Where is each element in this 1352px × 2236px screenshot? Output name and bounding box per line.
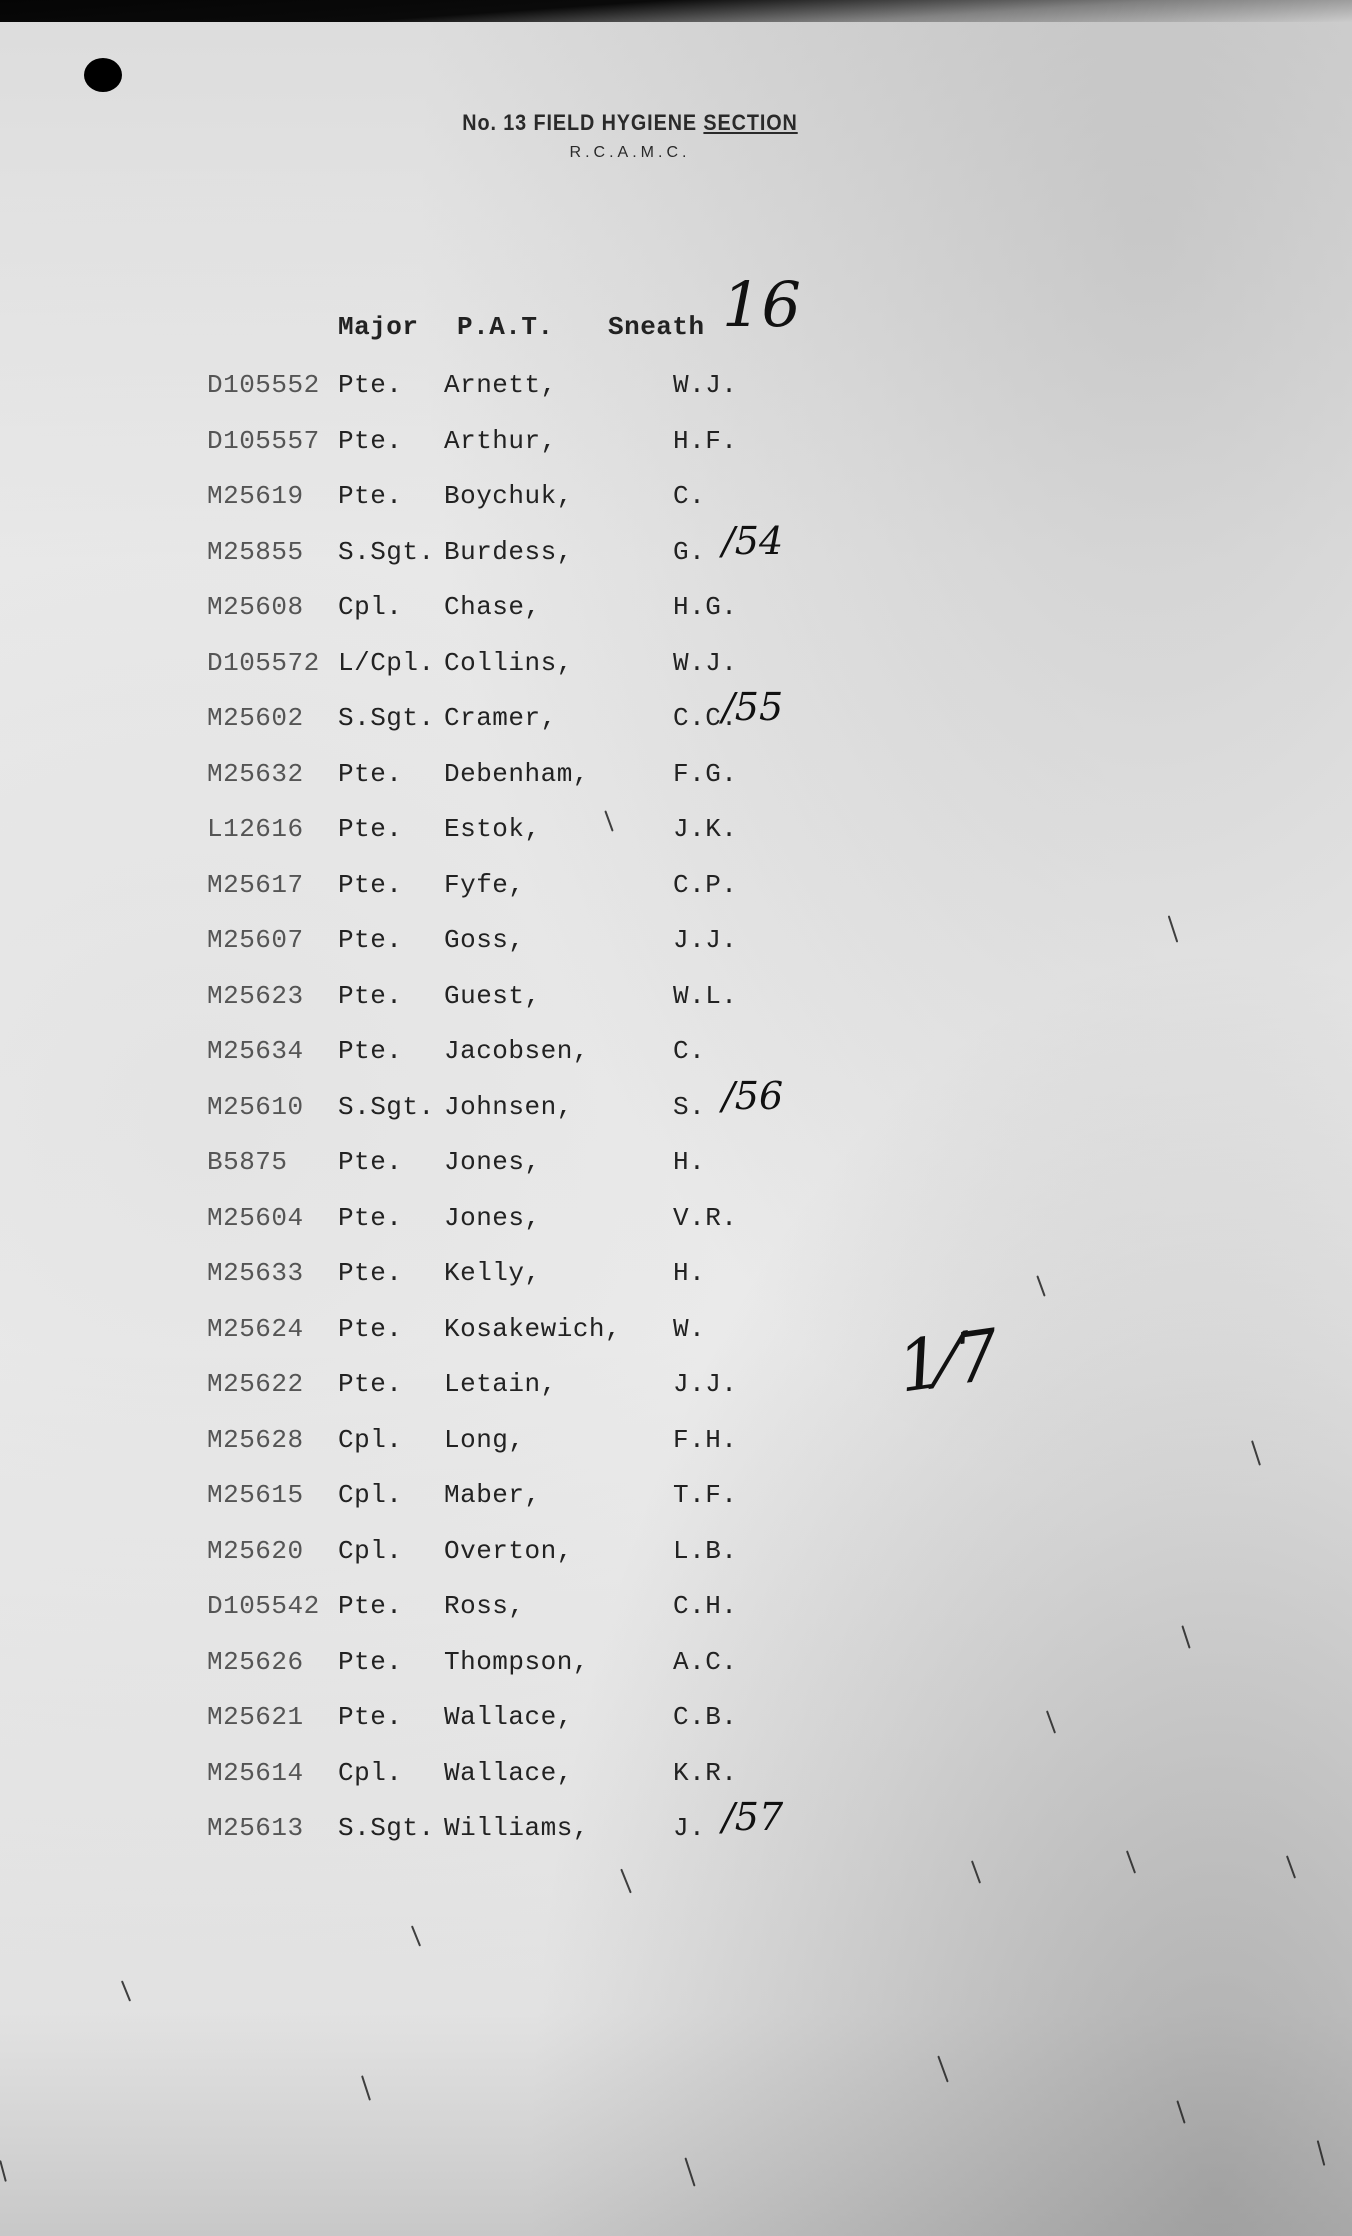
- roster-row: D105552Pte.Arnett,W.J.: [0, 370, 1352, 410]
- scratch-mark: [1317, 2140, 1326, 2166]
- initials: H.: [673, 1258, 705, 1288]
- rank: Pte.: [338, 1314, 402, 1344]
- surname: Letain,: [444, 1369, 557, 1399]
- rank: Pte.: [338, 1702, 402, 1732]
- roster-row: M25626Pte.Thompson,A.C.: [0, 1647, 1352, 1687]
- roster-row: L12616Pte.Estok,J.K.: [0, 814, 1352, 854]
- surname: Chase,: [444, 592, 541, 622]
- surname: Williams,: [444, 1813, 589, 1843]
- roster-row: M25622Pte.Letain,J.J.: [0, 1369, 1352, 1409]
- scratch-mark: [1286, 1855, 1296, 1878]
- surname: Kelly,: [444, 1258, 541, 1288]
- scratch-mark: [620, 1869, 632, 1894]
- rank: Pte.: [338, 1147, 402, 1177]
- handwritten-note: /55: [722, 685, 783, 729]
- service-number: D105552: [207, 370, 320, 400]
- surname: Collins,: [444, 648, 573, 678]
- service-number: M25613: [207, 1813, 304, 1843]
- surname: Johnsen,: [444, 1092, 573, 1122]
- rank: Pte.: [338, 814, 402, 844]
- scratch-mark: [971, 1860, 981, 1883]
- initials: J.: [673, 1813, 705, 1843]
- rank: S.Sgt.: [338, 703, 435, 733]
- service-number: D105572: [207, 648, 320, 678]
- scratch-mark: [411, 1925, 421, 1946]
- service-number: M25619: [207, 481, 304, 511]
- roster-row: M25615Cpl.Maber,T.F.: [0, 1480, 1352, 1520]
- surname: Guest,: [444, 981, 541, 1011]
- initials: V.R.: [673, 1203, 737, 1233]
- initials: W.L.: [673, 981, 737, 1011]
- roster-row: M25623Pte.Guest,W.L.: [0, 981, 1352, 1021]
- surname: Cramer,: [444, 703, 557, 733]
- unit-stamp-title: No. 13 FIELD HYGIENE SECTION: [180, 110, 1080, 136]
- surname: Arnett,: [444, 370, 557, 400]
- roster-row: M25617Pte.Fyfe,C.P.: [0, 870, 1352, 910]
- surname: Burdess,: [444, 537, 573, 567]
- rank: Cpl.: [338, 1425, 402, 1455]
- rank: Pte.: [338, 1036, 402, 1066]
- service-number: M25608: [207, 592, 304, 622]
- service-number: M25610: [207, 1092, 304, 1122]
- rank: Pte.: [338, 1369, 402, 1399]
- handwritten-note: /56: [722, 1074, 783, 1118]
- initials: J.J.: [673, 925, 737, 955]
- rank: S.Sgt.: [338, 1813, 435, 1843]
- roster-row: M25604Pte.Jones,V.R.: [0, 1203, 1352, 1243]
- initials: H.: [673, 1147, 705, 1177]
- scratch-mark: [0, 2160, 7, 2182]
- initials: H.F.: [673, 426, 737, 456]
- service-number: M25626: [207, 1647, 304, 1677]
- punch-hole-icon: [84, 58, 122, 92]
- rank: Pte.: [338, 1258, 402, 1288]
- service-number: M25623: [207, 981, 304, 1011]
- surname: Arthur,: [444, 426, 557, 456]
- surname: Wallace,: [444, 1702, 573, 1732]
- surname: Jones,: [444, 1203, 541, 1233]
- rank: L/Cpl.: [338, 648, 435, 678]
- initials: A.C.: [673, 1647, 737, 1677]
- surname: Long,: [444, 1425, 525, 1455]
- roster-row: M25619Pte.Boychuk,C.: [0, 481, 1352, 521]
- service-number: M25622: [207, 1369, 304, 1399]
- document-page: No. 13 FIELD HYGIENE SECTION R.C.A.M.C. …: [0, 0, 1352, 2236]
- surname: Thompson,: [444, 1647, 589, 1677]
- service-number: L12616: [207, 814, 304, 844]
- roster-row: M25620Cpl.Overton,L.B.: [0, 1536, 1352, 1576]
- roster-row: D105572L/Cpl.Collins,W.J.: [0, 648, 1352, 688]
- initials: C.P.: [673, 870, 737, 900]
- initials: C.: [673, 1036, 705, 1066]
- rank: Pte.: [338, 370, 402, 400]
- margin-annotation: 1⁄7: [893, 1313, 1004, 1408]
- surname: Goss,: [444, 925, 525, 955]
- initials: S.: [673, 1092, 705, 1122]
- initials: W.J.: [673, 370, 737, 400]
- officer-initials: P.A.T.: [457, 312, 554, 342]
- surname: Wallace,: [444, 1758, 573, 1788]
- roster-row: M25624Pte.Kosakewich,W.: [0, 1314, 1352, 1354]
- scratch-mark: [937, 2056, 948, 2083]
- service-number: M25614: [207, 1758, 304, 1788]
- initials: C.B.: [673, 1702, 737, 1732]
- rank: Pte.: [338, 1203, 402, 1233]
- service-number: M25628: [207, 1425, 304, 1455]
- roster-row: M25610S.Sgt.Johnsen,S./56: [0, 1092, 1352, 1132]
- surname: Overton,: [444, 1536, 573, 1566]
- initials: J.J.: [673, 1369, 737, 1399]
- initials: W.J.: [673, 648, 737, 678]
- rank: Cpl.: [338, 1758, 402, 1788]
- scratch-mark: [684, 2157, 695, 2186]
- scratch-mark: [1126, 1850, 1136, 1873]
- service-number: M25855: [207, 537, 304, 567]
- surname: Maber,: [444, 1480, 541, 1510]
- initials: L.B.: [673, 1536, 737, 1566]
- initials: F.G.: [673, 759, 737, 789]
- initials: H.G.: [673, 592, 737, 622]
- scan-edge-shadow: [0, 0, 1352, 22]
- service-number: D105557: [207, 426, 320, 456]
- service-number: M25621: [207, 1702, 304, 1732]
- rank: Pte.: [338, 870, 402, 900]
- roster-row: D105542Pte.Ross,C.H.: [0, 1591, 1352, 1631]
- roster-row: M25608Cpl.Chase,H.G.: [0, 592, 1352, 632]
- service-number: M25607: [207, 925, 304, 955]
- rank: S.Sgt.: [338, 1092, 435, 1122]
- surname: Kosakewich,: [444, 1314, 621, 1344]
- service-number: B5875: [207, 1147, 288, 1177]
- handwritten-note: /54: [722, 519, 783, 563]
- initials: F.H.: [673, 1425, 737, 1455]
- roster-row: M25633Pte.Kelly,H.: [0, 1258, 1352, 1298]
- roster-row: M25621Pte.Wallace,C.B.: [0, 1702, 1352, 1742]
- unit-stamp-section: SECTION: [703, 110, 797, 135]
- rank: Cpl.: [338, 1480, 402, 1510]
- service-number: M25615: [207, 1480, 304, 1510]
- surname: Debenham,: [444, 759, 589, 789]
- handwritten-note: /57: [722, 1795, 783, 1839]
- service-number: M25620: [207, 1536, 304, 1566]
- scratch-mark: [121, 1980, 131, 2001]
- roster-row: M25613S.Sgt.Williams,J./57: [0, 1813, 1352, 1853]
- scratch-mark: [361, 2075, 371, 2100]
- roster-row: M25632Pte.Debenham,F.G.: [0, 759, 1352, 799]
- initials: C.H.: [673, 1591, 737, 1621]
- rank: Pte.: [338, 981, 402, 1011]
- rank: Pte.: [338, 925, 402, 955]
- rank: Pte.: [338, 1591, 402, 1621]
- initials: C.: [673, 481, 705, 511]
- surname: Estok,: [444, 814, 541, 844]
- service-number: M25634: [207, 1036, 304, 1066]
- roster-row: M25602S.Sgt.Cramer,C.C./55: [0, 703, 1352, 743]
- service-number: M25632: [207, 759, 304, 789]
- rank: Pte.: [338, 1647, 402, 1677]
- roster-row: M25634Pte.Jacobsen,C.: [0, 1036, 1352, 1076]
- surname: Fyfe,: [444, 870, 525, 900]
- roster-row: M25607Pte.Goss,J.J.: [0, 925, 1352, 965]
- surname: Jones,: [444, 1147, 541, 1177]
- initials: K.R.: [673, 1758, 737, 1788]
- handwritten-page-number: 16: [722, 268, 801, 341]
- initials: W.: [673, 1314, 705, 1344]
- service-number: D105542: [207, 1591, 320, 1621]
- surname: Ross,: [444, 1591, 525, 1621]
- service-number: M25624: [207, 1314, 304, 1344]
- initials: J.K.: [673, 814, 737, 844]
- surname: Boychuk,: [444, 481, 573, 511]
- initials: G.: [673, 537, 705, 567]
- rank: Cpl.: [338, 1536, 402, 1566]
- unit-stamp-corps: R.C.A.M.C.: [130, 144, 1130, 162]
- officer-rank: Major: [338, 312, 419, 342]
- surname: Jacobsen,: [444, 1036, 589, 1066]
- roster-row: M25628Cpl.Long,F.H.: [0, 1425, 1352, 1465]
- roster-row: M25855S.Sgt.Burdess,G./54: [0, 537, 1352, 577]
- rank: Cpl.: [338, 592, 402, 622]
- service-number: M25617: [207, 870, 304, 900]
- rank: Pte.: [338, 481, 402, 511]
- scratch-mark: [1176, 2100, 1185, 2123]
- initials: T.F.: [673, 1480, 737, 1510]
- officer-surname: Sneath: [608, 312, 705, 342]
- service-number: M25604: [207, 1203, 304, 1233]
- rank: S.Sgt.: [338, 537, 435, 567]
- unit-stamp-prefix: No. 13 FIELD HYGIENE: [462, 110, 703, 135]
- rank: Pte.: [338, 426, 402, 456]
- roster-row: M25614Cpl.Wallace,K.R.: [0, 1758, 1352, 1798]
- roster-row: B5875Pte.Jones,H.: [0, 1147, 1352, 1187]
- service-number: M25633: [207, 1258, 304, 1288]
- rank: Pte.: [338, 759, 402, 789]
- service-number: M25602: [207, 703, 304, 733]
- roster-row: D105557Pte.Arthur,H.F.: [0, 426, 1352, 466]
